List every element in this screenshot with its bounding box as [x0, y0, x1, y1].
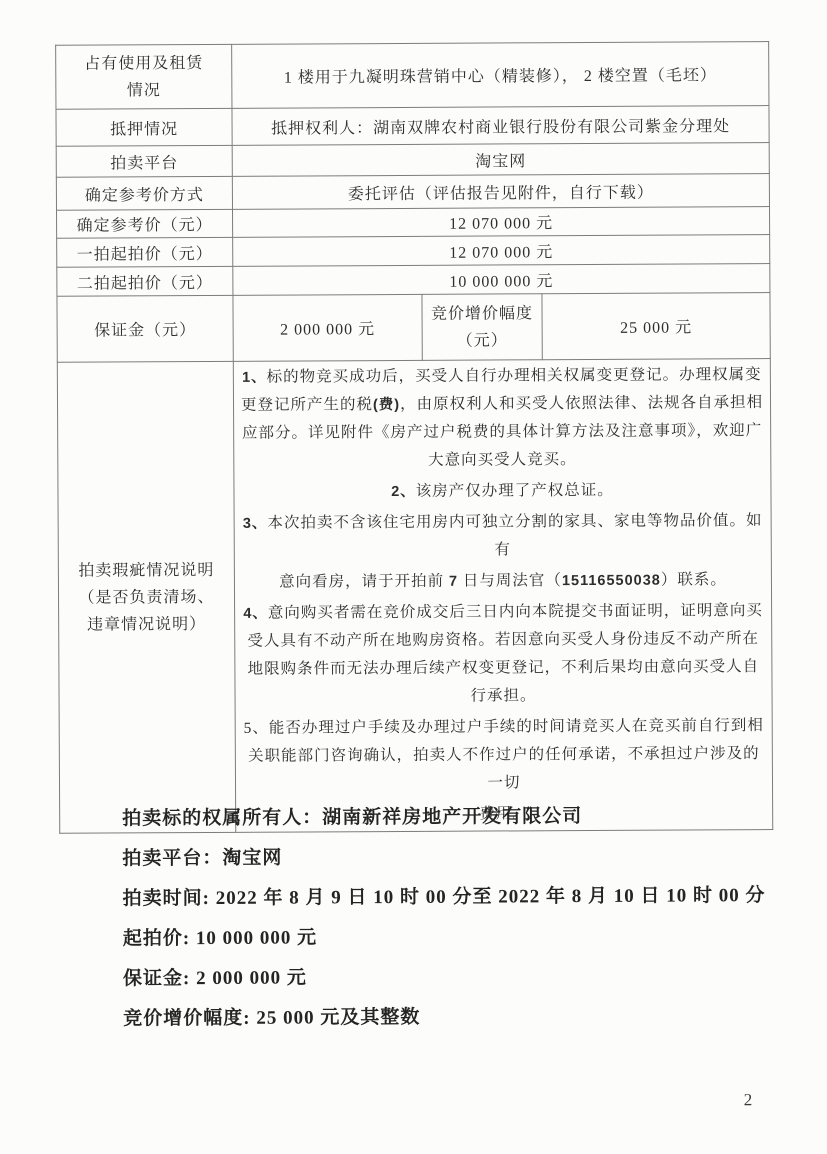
row-value: 12 070 000 元: [233, 235, 770, 267]
defects-content: 1、标的物竞买成功后，买受人自行办理相关权属变更登记。办理权属变更登记所产生的税…: [233, 359, 772, 833]
increment-label: 竞价增价幅度 （元）: [422, 294, 542, 361]
table-row-platform: 拍卖平台 淘宝网: [56, 143, 769, 178]
defects-item-2: 2、该房产仅办理了产权总证。: [240, 476, 764, 507]
table-row-occupancy: 占有使用及租赁 情况 1 楼用于九凝明珠营销中心（精装修）， 2 楼空置（毛坯）: [56, 42, 769, 110]
start-price-line: 起拍价: 10 000 000 元: [69, 916, 779, 960]
defects-label-line: 违章情况说明）: [65, 610, 228, 638]
auction-info-table: 占有使用及租赁 情况 1 楼用于九凝明珠营销中心（精装修）， 2 楼空置（毛坯）…: [55, 41, 773, 834]
row-label: 确定参考价方式: [56, 176, 232, 210]
document-page: 占有使用及租赁 情况 1 楼用于九凝明珠营销中心（精装修）， 2 楼空置（毛坯）…: [0, 0, 827, 1154]
platform-line: 拍卖平台：淘宝网: [68, 836, 778, 880]
defects-item-1: 1、标的物竞买成功后，买受人自行办理相关权属变更登记。办理权属变更登记所产生的税…: [240, 361, 765, 476]
judge-phone-number: 15116550038: [562, 573, 661, 590]
deposit-line: 保证金: 2 000 000 元: [69, 956, 779, 1000]
viewing-days-bold: 7: [449, 574, 458, 590]
defects-item-4: 4、意向购买者需在竞价成交后三日内向本院提交书面证明，证明意向买受人具有不动产所…: [241, 597, 766, 712]
row-value: 1 楼用于九凝明珠营销中心（精装修）， 2 楼空置（毛坯）: [232, 42, 769, 109]
row-label: 拍卖平台: [56, 145, 232, 177]
deposit-label: 保证金（元）: [57, 295, 233, 362]
defects-label-line: 拍卖瑕疵情况说明: [65, 556, 228, 584]
table-row-reference-price: 确定参考价（元） 12 070 000 元: [57, 207, 770, 239]
item-text: ）联系。: [661, 571, 727, 588]
row-value: 12 070 000 元: [232, 207, 769, 238]
row-label: 抵押情况: [56, 108, 232, 146]
increment-value: 25 000 元: [542, 293, 770, 360]
row-label: 确定参考价（元）: [57, 209, 233, 238]
item-text: 能否办理过户手续及办理过户手续的时间请竞买人在竞买前自行到相关职能部门咨询确认，…: [248, 717, 764, 791]
item-number: 3、: [243, 516, 268, 532]
owner-line: 拍卖标的权属所有人：湖南新祥房地产开发有限公司: [68, 796, 778, 840]
defects-label-line: （是否负责清场、: [65, 583, 228, 611]
row-label-line: 占有使用及租赁: [62, 49, 225, 77]
row-label-line: 情况: [62, 76, 225, 104]
item-text: 本次拍卖不含该住宅用房内可独立分割的家具、家电等物品价值。如有: [267, 512, 762, 558]
item-text: 意向看房，请于开拍前: [279, 573, 449, 591]
table-row-defects: 拍卖瑕疵情况说明 （是否负责清场、 违章情况说明） 1、标的物竞买成功后，买受人…: [57, 359, 772, 834]
defects-item-3-continued: 意向看房，请于开拍前 7 日与周法官（15116550038）联系。: [241, 566, 765, 597]
row-label: 一拍起拍价（元）: [57, 237, 233, 267]
increment-label-line: （元）: [429, 327, 536, 355]
defects-label: 拍卖瑕疵情况说明 （是否负责清场、 违章情况说明）: [57, 361, 235, 833]
item-text: 日与周法官（: [458, 572, 562, 590]
scanned-content: 占有使用及租赁 情况 1 楼用于九凝明珠营销中心（精装修）， 2 楼空置（毛坯）…: [0, 0, 827, 1154]
row-label: 二拍起拍价（元）: [57, 266, 233, 296]
auction-summary: 拍卖标的权属所有人：湖南新祥房地产开发有限公司 拍卖平台：淘宝网 拍卖时间: 2…: [68, 796, 779, 1040]
page-number: 2: [744, 1090, 753, 1110]
increment-label-line: 竞价增价幅度: [428, 300, 535, 328]
row-label: 占有使用及租赁 情况: [56, 44, 232, 109]
row-value: 抵押权利人：湖南双牌农村商业银行股份有限公司紫金分理处: [232, 106, 769, 146]
table-row-valuation-method: 确定参考价方式 委托评估（评估报告见附件，自行下载）: [56, 174, 769, 211]
item-text: 意向购买者需在竞价成交后三日内向本院提交书面证明，证明意向买受人具有不动产所在地…: [247, 602, 762, 705]
item-number: 1、: [242, 370, 267, 386]
item-number: 4、: [243, 606, 268, 622]
defects-item-5: 5、能否办理过户手续及办理过户手续的时间请竞买人在竞买前自行到相关职能部门咨询确…: [242, 712, 766, 799]
defects-item-3: 3、本次拍卖不含该住宅用房内可独立分割的家具、家电等物品价值。如有: [241, 507, 765, 566]
table-row-deposit: 保证金（元） 2 000 000 元 竞价增价幅度 （元） 25 000 元: [57, 293, 770, 363]
table-row-first-auction-price: 一拍起拍价（元） 12 070 000 元: [57, 235, 770, 268]
item-bold-text: (费): [373, 397, 400, 413]
increment-line: 竞价增价幅度: 25 000 元及其整数: [69, 996, 779, 1040]
row-value: 10 000 000 元: [233, 264, 770, 296]
item-text: 该房产仅办理了产权总证。: [416, 482, 614, 500]
table-row-mortgage: 抵押情况 抵押权利人：湖南双牌农村商业银行股份有限公司紫金分理处: [56, 106, 769, 147]
time-line: 拍卖时间: 2022 年 8 月 9 日 10 时 00 分至 2022 年 8…: [69, 876, 779, 920]
table-row-second-auction-price: 二拍起拍价（元） 10 000 000 元: [57, 264, 770, 297]
deposit-amount: 2 000 000 元: [233, 294, 422, 361]
item-number: 5、: [244, 720, 269, 737]
row-value: 委托评估（评估报告见附件，自行下载）: [232, 174, 769, 210]
item-number: 2、: [391, 484, 416, 500]
row-value: 淘宝网: [232, 143, 769, 177]
